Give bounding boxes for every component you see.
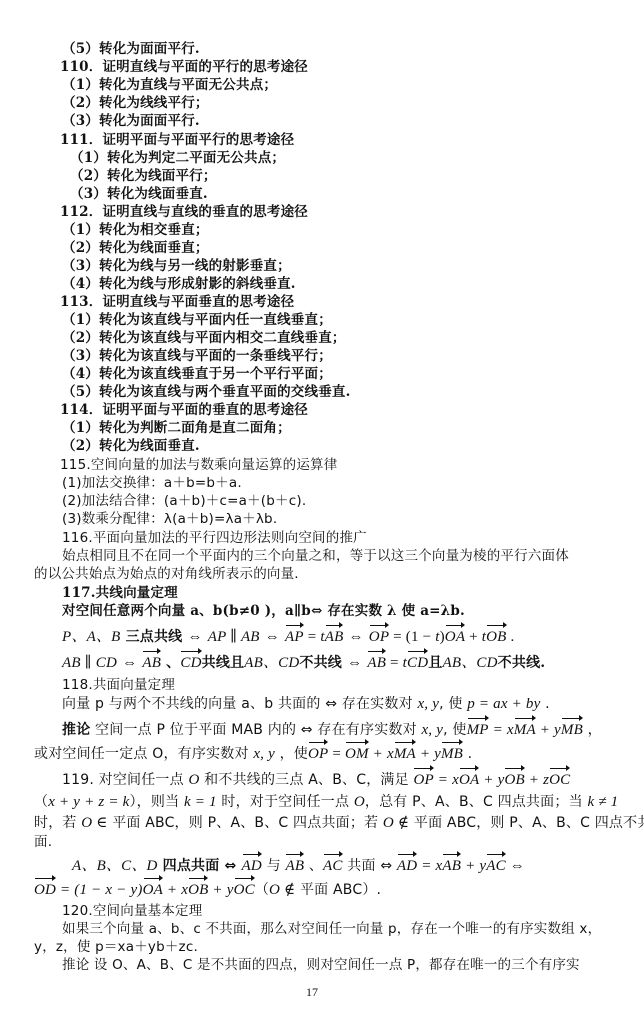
text: 时，若 bbox=[34, 815, 81, 831]
math-text: + x bbox=[369, 746, 394, 762]
section-heading-118: 118.共面向量定理 bbox=[62, 676, 175, 694]
text-line: （2）转化为该直线与平面内相交二直线垂直； bbox=[62, 329, 346, 347]
text: 空间一点 P 位于平面 MAB 内的 ⇔ 存在有序实数对 bbox=[90, 722, 421, 738]
vector: OB bbox=[486, 624, 506, 648]
math-text: + y bbox=[461, 858, 486, 874]
text: 不共线 bbox=[299, 655, 342, 671]
section-heading-119: 119. 对空间任一点 O 和不共线的三点 A、B、C，满足 OP = xOA … bbox=[62, 767, 570, 791]
text-line: （5）转化为面面平行. bbox=[62, 40, 200, 58]
vector: OP bbox=[413, 767, 433, 791]
text: 共面 ⇔ bbox=[343, 858, 397, 874]
text-line: 或对空间任一定点 O，有序实数对 x, y ，使OP = OM + xMA + … bbox=[34, 741, 472, 765]
text-line: （1）转化为直线与平面无公共点； bbox=[62, 76, 277, 94]
math-text: + y bbox=[536, 722, 561, 738]
iff-symbol: ⇔ bbox=[122, 655, 137, 671]
vector: OB bbox=[504, 767, 524, 791]
vector: OP bbox=[369, 624, 389, 648]
text: . bbox=[540, 696, 549, 712]
vector: OA bbox=[445, 624, 465, 648]
text-line: 如果三个向量 a、b、c 不共面，那么对空间任一向量 p，存在一个唯一的有序实数… bbox=[62, 920, 601, 938]
text: ，使 bbox=[275, 746, 308, 762]
section-heading-111: 111．证明平面与平面平行的思考途径 bbox=[60, 131, 294, 149]
vector: OA bbox=[143, 877, 163, 901]
text-line: 推论 设 O、A、B、C 是不共面的四点，则对空间任一点 P，都存在唯一的三个有… bbox=[62, 956, 580, 974]
text-line: （5）转化为该直线与两个垂直平面的交线垂直. bbox=[62, 383, 351, 401]
text-line: （1）转化为相交垂直； bbox=[62, 221, 209, 239]
math-text: = bbox=[386, 655, 403, 671]
vector: MA bbox=[514, 717, 536, 741]
text: 不共线. bbox=[498, 655, 546, 671]
text-line: （2）转化为线面垂直. bbox=[62, 437, 200, 455]
vector: AB bbox=[325, 624, 344, 648]
text: 或对空间任一定点 O，有序实数对 bbox=[34, 746, 253, 762]
math-text: x, y bbox=[421, 722, 443, 738]
text-line: （2）转化为线线平行； bbox=[62, 94, 209, 112]
section-heading-112: 112．证明直线与直线的垂直的思考途径 bbox=[60, 203, 308, 221]
math-text: AB ∥ CD bbox=[62, 655, 117, 671]
section-heading-110: 110．证明直线与平面的平行的思考途径 bbox=[60, 58, 308, 76]
text-line: （1）转化为判定二平面无公共点； bbox=[70, 149, 285, 167]
math-text: x, y bbox=[253, 746, 275, 762]
text-line: （3）转化为面面平行. bbox=[62, 112, 200, 130]
text-line: 推论 空间一点 P 位于平面 MAB 内的 ⇔ 存在有序实数对 x, y, 使M… bbox=[62, 717, 602, 741]
math-text: x + y + z = k bbox=[48, 794, 129, 810]
text: 和不共线的三点 A、B、C，满足 bbox=[200, 772, 414, 788]
vector: AB bbox=[142, 650, 161, 674]
math-text: + z bbox=[525, 772, 549, 788]
text: . bbox=[463, 746, 472, 762]
vector: AD bbox=[397, 853, 417, 877]
math-text: = x bbox=[417, 858, 442, 874]
text-line: (3)数乘分配律：λ(a＋b)=λa＋λb. bbox=[62, 510, 277, 528]
math-text: A、B、C、D bbox=[72, 858, 158, 874]
text: 平面 ABC，则 P、A、B、C 四点不共 bbox=[409, 815, 644, 831]
text: （ bbox=[34, 794, 48, 810]
math-text: = (1 − x − y) bbox=[56, 882, 142, 898]
vector: OC bbox=[549, 767, 570, 791]
text-line: 对空间任意两个向量 a、b(b≠0 )，a∥b⇔ 存在实数 λ 使 a=λb. bbox=[62, 602, 465, 620]
vector: MB bbox=[561, 717, 583, 741]
text-line: （2）转化为线面平行； bbox=[70, 167, 217, 185]
math-text: + y bbox=[416, 746, 441, 762]
vector: OB bbox=[188, 877, 208, 901]
text-line: （3）转化为该直线与平面的一条垂线平行； bbox=[62, 347, 332, 365]
math-text: + bbox=[465, 629, 482, 645]
math-text: O bbox=[188, 772, 199, 788]
text-line: （3）转化为线面垂直. bbox=[70, 185, 208, 203]
math-text: P、A、B bbox=[62, 629, 121, 645]
iff-symbol: ⇔ bbox=[187, 629, 202, 645]
section-heading-117: 117.共线向量定理 bbox=[62, 584, 178, 602]
section-heading-113: 113．证明直线与平面垂直的思考途径 bbox=[60, 293, 294, 311]
text-line: （2）转化为线面垂直； bbox=[62, 239, 209, 257]
text: 平面 ABC，则 P、A、B、C 四点共面；若 bbox=[108, 815, 383, 831]
section-heading-114: 114．证明平面与平面的垂直的思考途径 bbox=[60, 401, 308, 419]
math-text: O ∈ bbox=[81, 815, 107, 831]
math-text: k ≠ 1 bbox=[587, 794, 618, 810]
text: 向量 p 与两个不共线的向量 a、b 共面的 ⇔ 存在实数对 bbox=[62, 696, 417, 712]
math-text: AB、CD bbox=[244, 655, 299, 671]
vector: MB bbox=[441, 741, 463, 765]
text: 时，对于空间任一点 bbox=[217, 794, 354, 810]
page-number: 17 bbox=[306, 985, 318, 1000]
vector: AP bbox=[285, 624, 304, 648]
vector: OD bbox=[34, 877, 56, 901]
math-text: + y bbox=[479, 772, 504, 788]
text: ，总有 P、A、B、C 四点共面；当 bbox=[365, 794, 588, 810]
section-heading-115: 115.空间向量的加法与数乘向量运算的运算律 bbox=[60, 456, 337, 474]
math-text: . bbox=[507, 629, 515, 645]
math-text: p = ax + by bbox=[467, 696, 540, 712]
vector: AB bbox=[285, 853, 304, 877]
section-heading-120: 120.空间向量基本定理 bbox=[62, 902, 202, 920]
formula-line: P、A、B 三点共线 ⇔ AP ∥ AB ⇔ AP = tAB ⇔ OP = (… bbox=[62, 624, 514, 648]
math-text: = x bbox=[489, 722, 514, 738]
text: 共线且 bbox=[202, 655, 245, 671]
text: 平面 ABC）. bbox=[295, 882, 381, 898]
text-line: 的以公共始点为始点的对角线所表示的向量. bbox=[34, 565, 299, 583]
text: 119. 对空间任一点 bbox=[62, 772, 188, 788]
formula-line: A、B、C、D 四点共面 ⇔ AD 与 AB 、AC 共面 ⇔ AD = xAB… bbox=[72, 853, 525, 877]
vector: AB bbox=[367, 650, 386, 674]
text-line: （1）转化为判断二面角是直二面角； bbox=[62, 419, 291, 437]
vector: MP bbox=[467, 717, 489, 741]
text-line: （3）转化为线与另一线的射影垂直； bbox=[62, 257, 291, 275]
math-text: k = 1 bbox=[184, 794, 217, 810]
document-page: （5）转化为面面平行. 110．证明直线与平面的平行的思考途径 （1）转化为直线… bbox=[0, 0, 644, 1036]
text: 、 bbox=[304, 858, 323, 874]
formula-line: AB ∥ CD ⇔ AB 、CD共线且AB、CD不共线 ⇔ AB = tCD且A… bbox=[62, 650, 545, 674]
text-line: （4）转化为线与形成射影的斜线垂直. bbox=[62, 275, 296, 293]
text: , 使 bbox=[443, 722, 467, 738]
text: 、 bbox=[161, 655, 180, 671]
formula-line: OD = (1 − x − y)OA + xOB + yOC（O ∉ 平面 AB… bbox=[34, 877, 381, 901]
text-line: 时，若 O ∈ 平面 ABC，则 P、A、B、C 四点共面；若 O ∉ 平面 A… bbox=[34, 812, 644, 834]
text-line: 始点相同且不在同一个平面内的三个向量之和，等于以这三个向量为棱的平行六面体 bbox=[62, 547, 569, 565]
text: 且 bbox=[428, 655, 442, 671]
math-text: O ∉ bbox=[269, 882, 295, 898]
vector: AC bbox=[323, 853, 343, 877]
text-line: 向量 p 与两个不共线的向量 a、b 共面的 ⇔ 存在实数对 x, y, 使 p… bbox=[62, 693, 550, 715]
section-heading-116: 116.平面向量加法的平行四边形法则向空间的推广 bbox=[62, 529, 367, 547]
vector: MA bbox=[394, 741, 416, 765]
text-line: (1)加法交换律：a＋b=b＋a. bbox=[62, 474, 242, 492]
math-text: AB、CD bbox=[443, 655, 498, 671]
vector: CD bbox=[180, 650, 201, 674]
iff-symbol: ⇔ bbox=[506, 858, 525, 874]
vector: AB bbox=[442, 853, 461, 877]
math-text: O bbox=[354, 794, 365, 810]
math-text: + x bbox=[163, 882, 188, 898]
text-line: (2)加法结合律：(a＋b)＋c=a＋(b＋c). bbox=[62, 492, 306, 510]
math-text: = bbox=[328, 746, 345, 762]
iff-symbol: ⇔ bbox=[349, 629, 364, 645]
text: 与 bbox=[262, 858, 286, 874]
vector: AD bbox=[242, 853, 262, 877]
iff-symbol: ⇔ bbox=[347, 655, 362, 671]
math-text: O ∉ bbox=[383, 815, 409, 831]
math-text: + y bbox=[208, 882, 233, 898]
text-line: （1）转化为该直线与平面内任一直线垂直； bbox=[62, 311, 332, 329]
text-line: （4）转化为该直线垂直于另一个平行平面； bbox=[62, 365, 332, 383]
math-text: = x bbox=[434, 772, 459, 788]
vector: OM bbox=[345, 741, 369, 765]
vector: AC bbox=[486, 853, 506, 877]
text: ， bbox=[583, 722, 602, 738]
text: （ bbox=[255, 882, 269, 898]
text: ），则当 bbox=[129, 794, 183, 810]
vector: OP bbox=[308, 741, 328, 765]
corollary-label: 推论 bbox=[62, 722, 90, 738]
vector: OA bbox=[459, 767, 479, 791]
math-text: = (1 − bbox=[389, 629, 435, 645]
iff-symbol: ⇔ bbox=[265, 629, 280, 645]
text: 三点共线 bbox=[121, 629, 188, 645]
math-text: x, y bbox=[417, 696, 439, 712]
math-text: AP ∥ AB bbox=[208, 629, 260, 645]
text-line: 面. bbox=[34, 833, 52, 851]
text-line: （x + y + z = k），则当 k = 1 时，对于空间任一点 O，总有 … bbox=[34, 791, 618, 813]
text-line: y，z，使 p＝xa＋yb＋zc. bbox=[34, 938, 198, 956]
vector: OC bbox=[234, 877, 255, 901]
text: , 使 bbox=[439, 696, 467, 712]
math-text: = bbox=[304, 629, 321, 645]
text: 四点共面 ⇔ bbox=[158, 858, 242, 874]
vector: CD bbox=[407, 650, 428, 674]
